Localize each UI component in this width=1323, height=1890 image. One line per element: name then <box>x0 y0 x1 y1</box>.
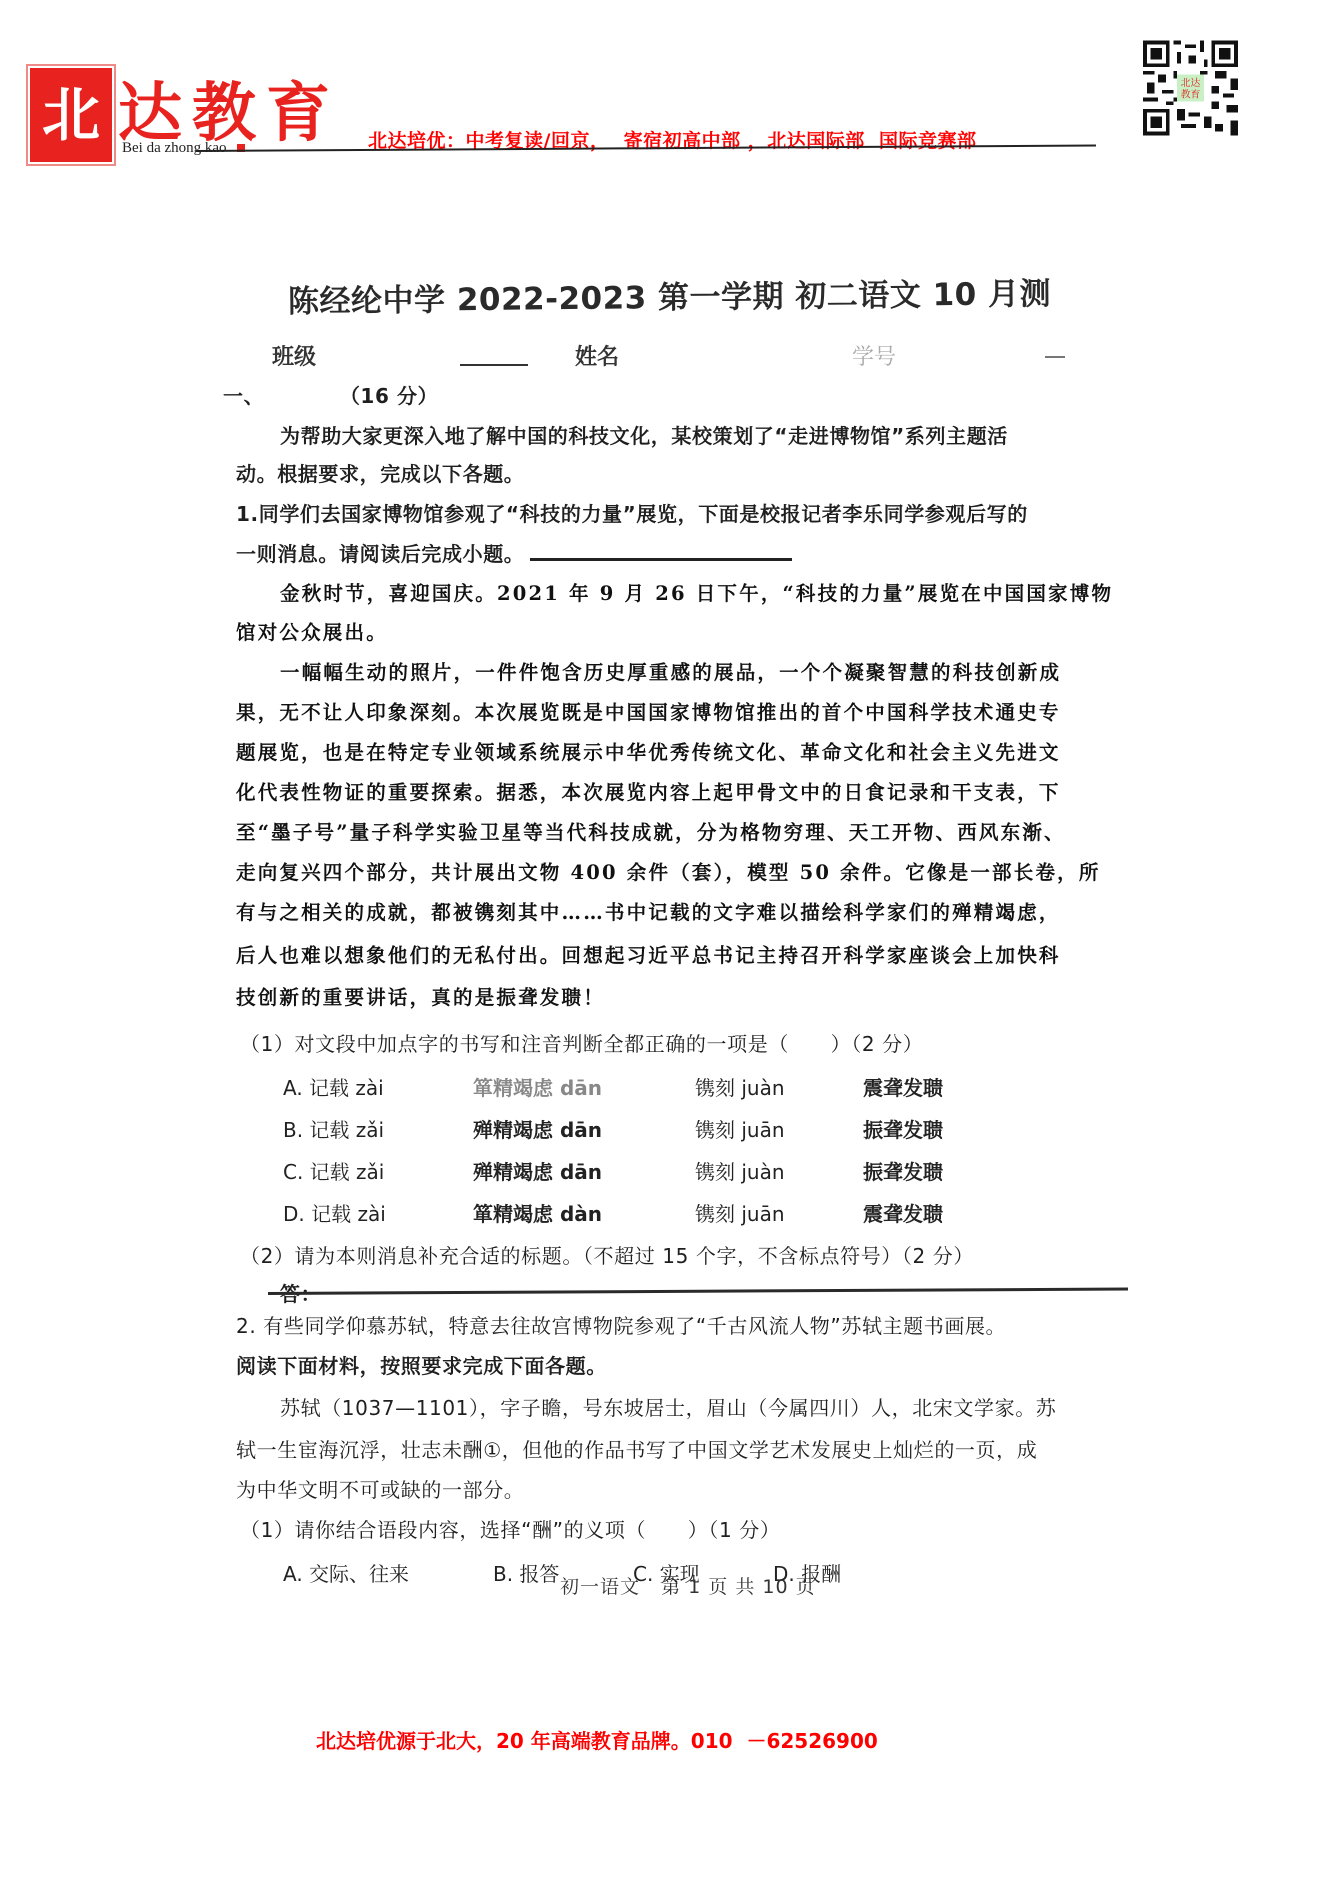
news-line: 化代表性物证的重要探索。据悉，本次展览内容上起甲骨文中的日食记录和干支表，下 <box>236 777 1061 805</box>
section-intro: 为帮助大家更深入地了解中国的科技文化，某校策划了“走进博物馆”系列主题活 <box>236 420 1008 449</box>
news-line: 果，无不让人印象深刻。本次展览既是中国国家博物馆推出的首个中国科学技术通史专 <box>236 697 1061 725</box>
svg-text:教育: 教育 <box>1181 88 1201 101</box>
class-label: 班级 <box>272 340 316 371</box>
logo-subtitle: Bei da zhong kao <box>122 140 245 157</box>
choice-option-b[interactable]: B. 报答 <box>493 1558 559 1587</box>
news-line: 金秋时节，喜迎国庆。2021 年 9 月 26 日下午，“科技的力量”展览在中国… <box>236 578 1113 606</box>
news-line: 馆对公众展出。 <box>236 617 388 645</box>
news-line: 题展览，也是在特定专业领域系统展示中华优秀传统文化、革命文化和社会主义先进文 <box>236 737 1061 765</box>
news-line: 技创新的重要讲话，真的是振聋发聩！ <box>236 982 605 1010</box>
news-line: 后人也难以想象他们的无私付出。回想起习近平总书记主持召开科学家座谈会上加快科 <box>236 940 1061 968</box>
name-label: 姓名 <box>575 340 619 371</box>
svg-text:北达: 北达 <box>1181 76 1201 89</box>
news-line: 至“墨子号”量子科学实验卫星等当代科技成就，分为格物穷理、天工开物、西风东渐、 <box>236 817 1066 845</box>
title-blank <box>530 558 792 561</box>
exam-title: 陈经纶中学 2022-2023 第一学期 初二语文 10 月测 <box>288 268 1051 321</box>
question-stem: 阅读下面材料，按照要求完成下面各题。 <box>236 1350 607 1379</box>
material-line: 苏轼（1037—1101），字子瞻，号东坡居士，眉山（今属四川）人，北宋文学家。… <box>236 1392 1056 1421</box>
answer-blank[interactable] <box>268 1287 1128 1295</box>
question-stem: 一则消息。请阅读后完成小题。 <box>236 538 524 567</box>
student-id-label: 学号 <box>852 340 896 371</box>
section-intro: 动。根据要求，完成以下各题。 <box>236 458 524 487</box>
logo-seal: 北 <box>30 68 112 162</box>
choice-option-a[interactable]: A. 交际、往来 <box>283 1558 409 1587</box>
subquestion-prompt: （1）对文段中加点字的书写和注音判断全都正确的一项是（ ）（2 分） <box>240 1028 923 1057</box>
brand-logo: 北 达教育 Bei da zhong kao <box>30 68 350 168</box>
question-stem: 1.同学们去国家博物馆参观了“科技的力量”展览，下面是校报记者李乐同学参观后写的 <box>236 498 1028 527</box>
section-heading: 一、 （16 分） <box>223 380 438 409</box>
question-stem: 2. 有些同学仰慕苏轼，特意去往故宫博物院参观了“千古风流人物”苏轼主题书画展。 <box>236 1310 1006 1339</box>
qr-code-icon: 北达 教育 <box>1143 38 1238 138</box>
subquestion-prompt: （2）请为本则消息补充合适的标题。（不超过 15 个字，不含标点符号）（2 分） <box>240 1240 974 1269</box>
material-line: 为中华文明不可或缺的一部分。 <box>236 1474 524 1503</box>
page-footer: 初一语文 第 1 页 共 10 页 <box>560 1572 816 1599</box>
id-blank <box>1045 356 1065 358</box>
news-line: 走向复兴四个部分，共计展出文物 400 余件（套），模型 50 余件。它像是一部… <box>236 857 1101 885</box>
class-blank <box>460 364 528 366</box>
promo-banner: 北达培优源于北大，20 年高端教育品牌。010 －62526900 <box>316 1725 878 1754</box>
subquestion-prompt: （1）请你结合语段内容，选择“酬”的义项（ ）（1 分） <box>240 1514 780 1543</box>
news-line: 有与之相关的成就，都被镌刻其中……书中记载的文字难以描绘科学家们的殚精竭虑， <box>236 897 1061 925</box>
news-line: 一幅幅生动的照片，一件件饱含历史厚重感的展品，一个个凝聚智慧的科技创新成 <box>236 657 1061 685</box>
material-line: 轼一生宦海沉浮，壮志未酬①，但他的作品书写了中国文学艺术发展史上灿烂的一页，成 <box>236 1434 1037 1463</box>
